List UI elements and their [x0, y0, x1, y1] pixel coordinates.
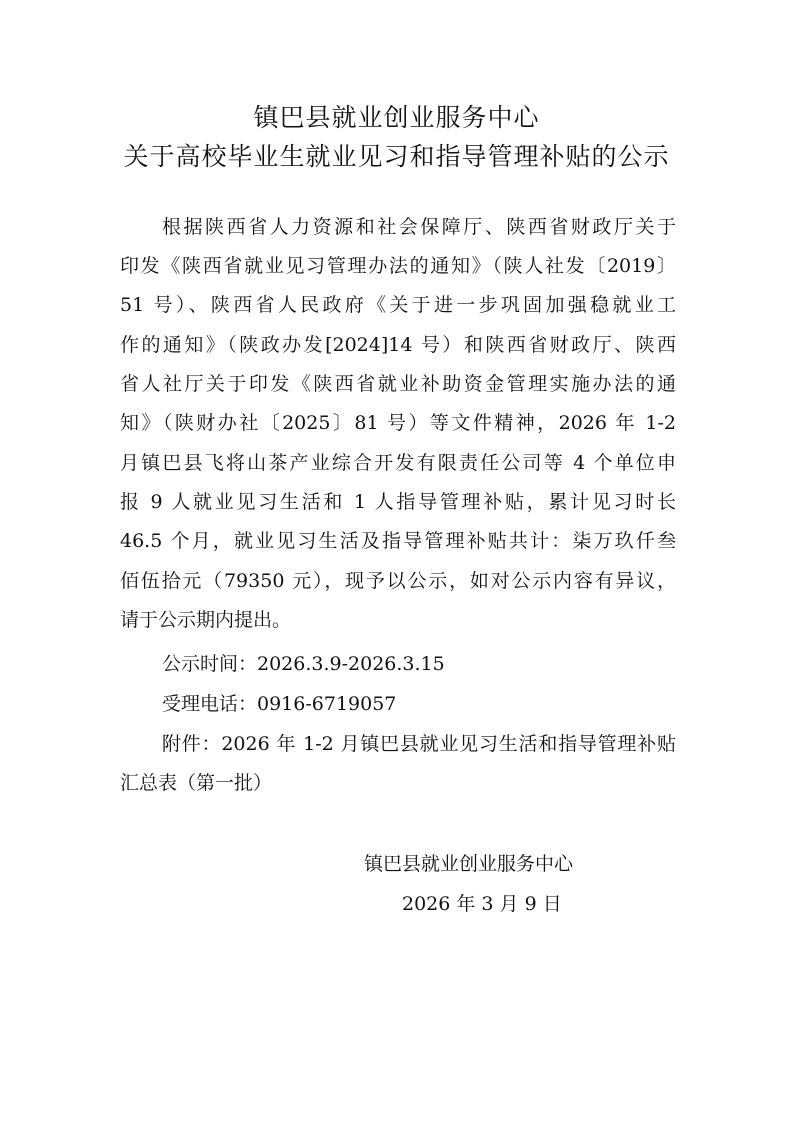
body-line: 印发《陕西省就业见习管理办法的通知》（陕人社发〔2019〕 [120, 254, 676, 278]
body-line: 51 号）、陕西省人民政府《关于进一步巩固加强稳就业工 [120, 293, 676, 317]
body-line: 月镇巴县飞将山茶产业综合开发有限责任公司等 4 个单位申 [120, 451, 676, 475]
body-line: 佰伍拾元（79350 元），现予以公示，如对公示内容有异议， [120, 569, 676, 593]
attachment-line: 附件：2026 年 1-2 月镇巴县就业见习生活和指导管理补贴 [162, 732, 676, 756]
contact-phone: 受理电话：0916-6719057 [162, 692, 676, 716]
body-line: 根据陕西省人力资源和社会保障厅、陕西省财政厅关于 [162, 215, 676, 239]
title-organization: 镇巴县就业创业服务中心 [0, 103, 793, 133]
body-line: 请于公示期内提出。 [120, 608, 676, 632]
signature-date: 2026 年 3 月 9 日 [402, 892, 562, 916]
body-line: 46.5 个月，就业见习生活及指导管理补贴共计：柒万玖仟叁 [120, 529, 676, 553]
signature-organization: 镇巴县就业创业服务中心 [364, 852, 573, 876]
body-line: 知》（陕财办社〔2025〕81 号）等文件精神，2026 年 1-2 [120, 411, 676, 435]
body-line: 省人社厅关于印发《陕西省就业补助资金管理实施办法的通 [120, 372, 676, 396]
body-line: 报 9 人就业见习生活和 1 人指导管理补贴，累计见习时长 [120, 490, 676, 514]
publicity-period: 公示时间：2026.3.9-2026.3.15 [162, 652, 676, 676]
attachment-line-continued: 汇总表（第一批） [120, 771, 676, 795]
body-line: 作的通知》（陕政办发[2024]14 号）和陕西省财政厅、陕西 [120, 333, 676, 357]
title-subject: 关于高校毕业生就业见习和指导管理补贴的公示 [0, 142, 793, 172]
